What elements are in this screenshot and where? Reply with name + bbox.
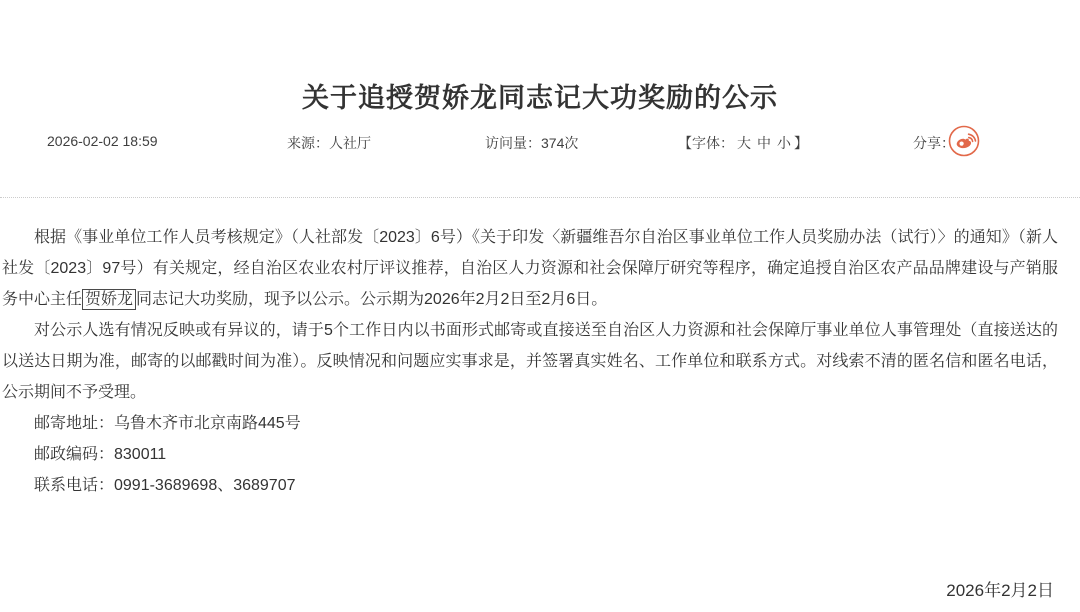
highlighted-person-name: 贺娇龙: [82, 289, 136, 310]
notice-body: 根据《事业单位工作人员考核规定》（人社部发〔2023〕6号）《关于印发〈新疆维吾…: [2, 222, 1058, 501]
weibo-share-icon[interactable]: [948, 125, 980, 157]
page-title: 关于追授贺娇龙同志记大功奖励的公示: [0, 76, 1080, 115]
notice-paragraph-1: 根据《事业单位工作人员考核规定》（人社部发〔2023〕6号）《关于印发〈新疆维吾…: [2, 222, 1058, 315]
source-label: 来源：人社厅: [287, 133, 371, 153]
font-widget-open-bracket: 【字体：: [678, 135, 734, 151]
mail-address-line: 邮寄地址：乌鲁木齐市北京南路445号: [2, 408, 1058, 439]
font-size-large-button[interactable]: 大: [737, 133, 751, 153]
visit-count: 访问量：374次: [485, 133, 578, 153]
dotted-divider: [0, 197, 1080, 198]
paragraph-1-after-name: 同志记大功奖励，现予以公示。公示期为2026年2月2日至2月6日。: [136, 291, 607, 308]
font-widget-close-bracket: 】: [794, 135, 808, 151]
notice-paragraph-2: 对公示人选有情况反映或有异议的，请于5个工作日内以书面形式邮寄或直接送至自治区人…: [2, 315, 1058, 408]
phone-line: 联系电话：0991-3689698、3689707: [2, 470, 1058, 501]
notice-page: 关于追授贺娇龙同志记大功奖励的公示 2026-02-02 18:59 来源：人社…: [0, 0, 1080, 612]
publish-datetime: 2026-02-02 18:59: [47, 133, 158, 149]
postal-code-line: 邮政编码：830011: [2, 439, 1058, 470]
font-size-widget: 【字体：大中小】: [678, 133, 808, 153]
font-size-small-button[interactable]: 小: [777, 133, 791, 153]
font-size-medium-button[interactable]: 中: [757, 133, 771, 153]
sign-date: 2026年2月2日: [946, 576, 1054, 601]
